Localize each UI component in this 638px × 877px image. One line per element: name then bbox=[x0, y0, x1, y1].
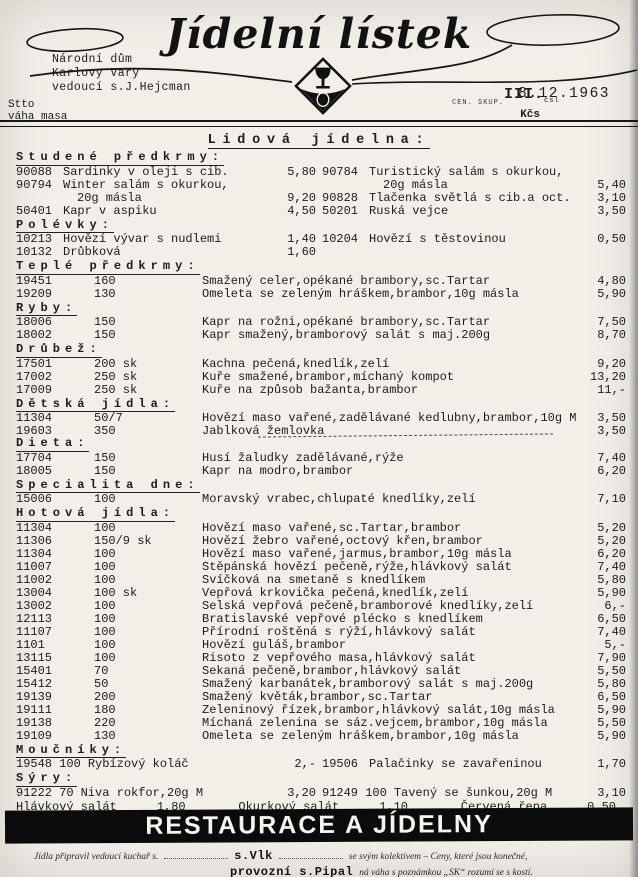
item-description: Bratislavské vepřové plécko s knedlíkem bbox=[194, 613, 578, 626]
item-line: Drůbková bbox=[63, 246, 121, 259]
item-code: 19209 bbox=[16, 288, 94, 301]
item-price: 5,40 bbox=[591, 179, 626, 192]
item-code: 10132 bbox=[16, 246, 56, 259]
item-text: Palačinky se zavařeninou bbox=[369, 758, 542, 771]
item-code: 18005 bbox=[16, 465, 94, 478]
venue-block: Národní dům Karlovy Vary vedoucí s.J.Hej… bbox=[52, 53, 191, 95]
item-weight: 100 bbox=[94, 652, 194, 665]
item-weight: 100 bbox=[94, 561, 194, 574]
item-description: Kuře smažené,brambor,míchaný kompot bbox=[194, 371, 578, 384]
item-line: Rybízový koláč bbox=[88, 758, 189, 771]
item-price: 9,20 bbox=[281, 192, 316, 205]
menu-row: 1541250Smažený karbanátek,bramborový sal… bbox=[16, 678, 626, 691]
item-description: Smažený květák,brambor,sc.Tartar bbox=[194, 691, 578, 704]
item-price: 3,50 bbox=[591, 205, 626, 218]
item-weight: 100 bbox=[94, 639, 194, 652]
item-price: 6,20 bbox=[578, 465, 626, 478]
footer: Jídla připravil vedoucí kuchař s. s.Vlk … bbox=[0, 842, 638, 877]
item-code: 17501 bbox=[16, 358, 94, 371]
item-weight: 100 bbox=[94, 574, 194, 587]
item-price: 7,10 bbox=[578, 493, 626, 506]
item-weight: 130 bbox=[94, 288, 194, 301]
item-weight: 250 sk bbox=[94, 384, 194, 397]
menu-row: 13115100Risoto z vepřového masa,hlávkový… bbox=[16, 652, 626, 665]
venue-line-1: Národní dům bbox=[52, 53, 191, 67]
menu-row: 13004100 skVepřová krkovička pečená,kned… bbox=[16, 587, 626, 600]
item-weight: 160 bbox=[94, 275, 194, 288]
menu-row: 11304100Hovězí maso vařené,jarmus,brambo… bbox=[16, 548, 626, 561]
item-weight: 250 sk bbox=[94, 371, 194, 384]
item-line: Sardinky v oleji s cib. bbox=[63, 166, 229, 179]
footer-collective-note: se svým kolektivem – Ceny, které jsou ko… bbox=[349, 852, 528, 862]
item-price: 4,80 bbox=[578, 275, 626, 288]
item-weight: 100 bbox=[94, 613, 194, 626]
section-columns: 10213Hovězí vývar s nudlemi1,4010132Drůb… bbox=[16, 233, 626, 259]
item-code: 13004 bbox=[16, 587, 94, 600]
item-code: 90794 bbox=[16, 179, 56, 205]
item-description: Kapr smažený,bramborový salát s maj.200g bbox=[194, 329, 578, 342]
item-code: 90784 bbox=[322, 166, 362, 192]
menu-row: 19139200Smažený květák,brambor,sc.Tartar… bbox=[16, 691, 626, 704]
menu-item: 90088Sardinky v oleji s cib.5,80 bbox=[16, 166, 316, 179]
item-price: 7,40 bbox=[578, 452, 626, 465]
item-price: 3,10 bbox=[591, 192, 626, 205]
item-text: Tlačenka světlá s cib.a oct. bbox=[369, 192, 571, 205]
item-code: 50201 bbox=[322, 205, 362, 218]
item-description: Přírodní roštěná s rýží,hlávkový salát bbox=[194, 626, 578, 639]
item-description: Hovězí maso vařené,sc.Tartar,brambor bbox=[194, 522, 578, 535]
section-heading: Moučníky: bbox=[16, 744, 126, 759]
footer-line-2: provozní s.Pipal ná váha s poznámkou „SK… bbox=[34, 865, 622, 877]
item-line: 20g másla bbox=[369, 179, 563, 192]
item-price: 7,40 bbox=[578, 626, 626, 639]
item-code: 18002 bbox=[16, 329, 94, 342]
item-line: Turistický salám s okurkou, bbox=[369, 166, 563, 179]
item-price: 9,20 bbox=[578, 358, 626, 371]
menu-column-right: 91249 100Tavený se šunkou,20g M3,10 bbox=[322, 787, 626, 800]
item-line: Hovězí s těstovinou bbox=[369, 233, 506, 246]
item-description: Hovězí žebro vařené,octový křen,brambor bbox=[194, 535, 578, 548]
menu-row: 18005150Kapr na modro,brambor6,20 bbox=[16, 465, 626, 478]
item-price: 5,90 bbox=[578, 587, 626, 600]
menu-item: 91222 70Niva rokfor,20g M3,20 bbox=[16, 787, 316, 800]
item-text: Winter salám s okurkou,20g másla bbox=[63, 179, 229, 205]
menu-item: 91249 100Tavený se šunkou,20g M3,10 bbox=[322, 787, 626, 800]
item-price: 7,90 bbox=[578, 652, 626, 665]
page-title: Jídelní lístek bbox=[0, 0, 638, 58]
menu-row: 11002100Svíčková na smetaně s knedlíkem5… bbox=[16, 574, 626, 587]
item-description: Sekaná pečeně,brambor,hlávkový salát bbox=[194, 665, 578, 678]
item-code: 91249 100 bbox=[322, 787, 387, 800]
menu-row: 1540170Sekaná pečeně,brambor,hlávkový sa… bbox=[16, 665, 626, 678]
section-heading: Teplé předkrmy: bbox=[16, 260, 200, 275]
item-text: Drůbková bbox=[63, 246, 121, 259]
item-code: 15006 bbox=[16, 493, 94, 506]
item-weight: 150 bbox=[94, 329, 194, 342]
item-code: 11107 bbox=[16, 626, 94, 639]
item-description: Zeleninový řízek,brambor,hlávkový salát,… bbox=[194, 704, 578, 717]
menu-column-right: 19506Palačinky se zavařeninou1,70 bbox=[322, 758, 626, 771]
item-code: 1101 bbox=[16, 639, 94, 652]
item-weight: 50 bbox=[94, 678, 194, 691]
footer-chef-label: Jídla připravil vedoucí kuchař s. bbox=[34, 852, 158, 862]
goblet-logo-icon bbox=[294, 57, 352, 115]
item-description: Kachna pečená,knedlík,zelí bbox=[194, 358, 578, 371]
item-code: 15412 bbox=[16, 678, 94, 691]
menu-item: 50201Ruská vejce3,50 bbox=[322, 205, 626, 218]
item-description: Svíčková na smetaně s knedlíkem bbox=[194, 574, 578, 587]
item-weight: 100 bbox=[94, 626, 194, 639]
section-heading: Sýry: bbox=[16, 772, 77, 787]
item-code: 15401 bbox=[16, 665, 94, 678]
footer-line-1: Jídla připravil vedoucí kuchař s. s.Vlk … bbox=[34, 849, 622, 863]
item-text: Ruská vejce bbox=[369, 205, 448, 218]
item-weight: 150 bbox=[94, 465, 194, 478]
item-description: Selská vepřová pečeně,bramborové knedlík… bbox=[194, 600, 578, 613]
footer-manager-name: provozní s.Pipal bbox=[230, 865, 353, 877]
section-heading: Drůbež: bbox=[16, 343, 102, 358]
venue-line-3: vedoucí s.J.Hejcman bbox=[52, 81, 191, 95]
section-heading: Hotová jídla: bbox=[16, 507, 175, 522]
menu-sections: Studené předkrmy:90088Sardinky v oleji s… bbox=[0, 151, 638, 800]
item-weight: 350 bbox=[94, 425, 194, 438]
menu-item: 10132Drůbková1,60 bbox=[16, 246, 316, 259]
weight-note-1: Stto bbox=[8, 99, 34, 111]
menu-row: 13002100Selská vepřová pečeně,bramborové… bbox=[16, 600, 626, 613]
item-code: 50401 bbox=[16, 205, 56, 218]
item-price: 5,80 bbox=[578, 678, 626, 691]
item-price: 6,- bbox=[578, 600, 626, 613]
item-description: Kapr na modro,brambor bbox=[194, 465, 578, 478]
item-description: Hovězí maso vařené,jarmus,brambor,10g má… bbox=[194, 548, 578, 561]
menu-row: 11304100Hovězí maso vařené,sc.Tartar,bra… bbox=[16, 522, 626, 535]
item-weight: 70 bbox=[94, 665, 194, 678]
item-price: 6,50 bbox=[578, 613, 626, 626]
dotted-rule bbox=[164, 850, 228, 859]
item-price: 5,50 bbox=[578, 717, 626, 730]
item-price: 13,20 bbox=[578, 371, 626, 384]
item-description: Omeleta se zeleným hráškem,brambor,10g m… bbox=[194, 288, 578, 301]
item-price: 8,70 bbox=[578, 329, 626, 342]
venue-line-2: Karlovy Vary bbox=[52, 67, 191, 81]
item-code: 17704 bbox=[16, 452, 94, 465]
item-price: 5,90 bbox=[578, 730, 626, 743]
item-description: Kuře na způsob bažanta,brambor bbox=[194, 384, 578, 397]
section-columns: 19548 100Rybízový koláč2,-19506Palačinky… bbox=[16, 758, 626, 771]
item-code: 19451 bbox=[16, 275, 94, 288]
item-price: 3,20 bbox=[281, 787, 316, 800]
item-text: Kapr v aspiku bbox=[63, 205, 157, 218]
item-description: Husí žaludky zadělávané,rýže bbox=[194, 452, 578, 465]
item-code: 17002 bbox=[16, 371, 94, 384]
weight-note-2: váha masa bbox=[8, 111, 67, 123]
section-heading: Polévky: bbox=[16, 219, 114, 234]
menu-column-right: 10204Hovězí s těstovinou0,50 bbox=[322, 233, 626, 259]
item-description: Hovězí guláš,brambor bbox=[194, 639, 578, 652]
item-weight: 150/9 sk bbox=[94, 535, 194, 548]
item-weight: 100 bbox=[94, 493, 194, 506]
item-code: 19506 bbox=[322, 758, 362, 771]
item-description: Hovězí maso vařené,zadělávané kedlubny,b… bbox=[194, 412, 578, 425]
item-price: 7,40 bbox=[578, 561, 626, 574]
menu-column-left: 90088Sardinky v oleji s cib.5,8090794Win… bbox=[16, 166, 316, 218]
item-line: Tlačenka světlá s cib.a oct. bbox=[369, 192, 571, 205]
item-description: Smažený celer,opékané brambory,sc.Tartar bbox=[194, 275, 578, 288]
item-code: 11304 bbox=[16, 522, 94, 535]
item-line: Tavený se šunkou,20g M bbox=[394, 787, 552, 800]
menu-item: 90794Winter salám s okurkou,20g másla9,2… bbox=[16, 179, 316, 205]
menu-column-right: 90784Turistický salám s okurkou,20g másl… bbox=[322, 166, 626, 218]
menu-row: 19111180Zeleninový řízek,brambor,hlávkov… bbox=[16, 704, 626, 717]
menu-row: 19209130Omeleta se zeleným hráškem,bramb… bbox=[16, 288, 626, 301]
item-text: Niva rokfor,20g M bbox=[81, 787, 203, 800]
menu-column-left: 19548 100Rybízový koláč2,- bbox=[16, 758, 316, 771]
header-rule bbox=[0, 120, 638, 127]
item-line: Kapr v aspiku bbox=[63, 205, 157, 218]
item-text: Tavený se šunkou,20g M bbox=[394, 787, 552, 800]
item-price: 3,10 bbox=[591, 787, 626, 800]
item-description: Omeleta se zeleným hráškem,brambor,10g m… bbox=[194, 730, 578, 743]
item-code: 11002 bbox=[16, 574, 94, 587]
item-description: Risoto z vepřového masa,hlávkový salát bbox=[194, 652, 578, 665]
item-code: 19548 100 bbox=[16, 758, 81, 771]
menu-item: 10204Hovězí s těstovinou0,50 bbox=[322, 233, 626, 246]
item-weight: 130 bbox=[94, 730, 194, 743]
menu-item: 50401Kapr v aspiku4,50 bbox=[16, 205, 316, 218]
item-price: 0,50 bbox=[591, 233, 626, 246]
item-price: 6,50 bbox=[578, 691, 626, 704]
item-line: Palačinky se zavařeninou bbox=[369, 758, 542, 771]
section-heading: Dětská jídla: bbox=[16, 398, 175, 413]
item-code: 11304 bbox=[16, 548, 94, 561]
menu-row: 11107100Přírodní roštěná s rýží,hlávkový… bbox=[16, 626, 626, 639]
menu-column-left: 91222 70Niva rokfor,20g M3,20 bbox=[16, 787, 316, 800]
item-code: 19111 bbox=[16, 704, 94, 717]
section-heading: Specialita dne: bbox=[16, 479, 200, 494]
menu-row: 19451160Smažený celer,opékané brambory,s… bbox=[16, 275, 626, 288]
item-code: 90828 bbox=[322, 192, 362, 205]
menu-row: 17501200 skKachna pečená,knedlík,zelí9,2… bbox=[16, 358, 626, 371]
section-heading: Dieta: bbox=[16, 437, 89, 452]
menu-page: Jídelní lístek Národní dům Karlovy Vary … bbox=[0, 0, 638, 877]
item-weight: 100 bbox=[94, 522, 194, 535]
item-code: 13002 bbox=[16, 600, 94, 613]
restaurace-banner: RESTAURACE A JÍDELNY bbox=[5, 807, 633, 843]
item-price: 5,50 bbox=[578, 665, 626, 678]
item-price: 3,50 bbox=[578, 425, 626, 438]
item-code: 13115 bbox=[16, 652, 94, 665]
item-text: Sardinky v oleji s cib. bbox=[63, 166, 229, 179]
item-price: 5,80 bbox=[281, 166, 316, 179]
item-description: Vepřová krkovička pečená,knedlík,zelí bbox=[194, 587, 578, 600]
menu-row: 19138220Míchaná zelenina se sáz.vejcem,b… bbox=[16, 717, 626, 730]
menu-column-left: 10213Hovězí vývar s nudlemi1,4010132Drůb… bbox=[16, 233, 316, 259]
item-text: Hovězí s těstovinou bbox=[369, 233, 506, 246]
item-weight: 100 sk bbox=[94, 587, 194, 600]
item-code: 91222 70 bbox=[16, 787, 74, 800]
footer-weight-note: ná váha s poznámkou „SK“ rozumí se s kos… bbox=[359, 868, 533, 877]
footer-chef-name: s.Vlk bbox=[234, 849, 273, 863]
item-weight: 100 bbox=[94, 600, 194, 613]
item-weight: 100 bbox=[94, 548, 194, 561]
item-code: 19109 bbox=[16, 730, 94, 743]
currency-label: Kčs bbox=[520, 109, 540, 121]
dotted-rule bbox=[279, 850, 343, 859]
menu-row: 11007100Štěpánská hovězí pečeně,rýže,hlá… bbox=[16, 561, 626, 574]
menu-row: 15006100Moravský vrabec,chlupaté knedlík… bbox=[16, 493, 626, 506]
item-price: 6,20 bbox=[578, 548, 626, 561]
item-code: 11007 bbox=[16, 561, 94, 574]
menu-row: 12113100Bratislavské vepřové plécko s kn… bbox=[16, 613, 626, 626]
menu-item: 19548 100Rybízový koláč2,- bbox=[16, 758, 316, 771]
item-line: 20g másla bbox=[63, 192, 229, 205]
item-code: 19139 bbox=[16, 691, 94, 704]
item-line: Winter salám s okurkou, bbox=[63, 179, 229, 192]
letterhead: Jídelní lístek Národní dům Karlovy Vary … bbox=[0, 0, 638, 130]
item-description: Smažený karbanátek,bramborový salát s ma… bbox=[194, 678, 578, 691]
item-price: 11,- bbox=[578, 384, 626, 397]
item-code: 11306 bbox=[16, 535, 94, 548]
item-weight: 180 bbox=[94, 704, 194, 717]
menu-item: 10213Hovězí vývar s nudlemi1,40 bbox=[16, 233, 316, 246]
item-price: 1,70 bbox=[591, 758, 626, 771]
item-price: 5,- bbox=[578, 639, 626, 652]
menu-row: 17002250 skKuře smažené,brambor,míchaný … bbox=[16, 371, 626, 384]
item-code: 10204 bbox=[322, 233, 362, 246]
item-price: 2,- bbox=[288, 758, 316, 771]
item-price: 5,80 bbox=[578, 574, 626, 587]
item-code: 90088 bbox=[16, 166, 56, 179]
main-heading-text: Lidová jídelna: bbox=[208, 133, 431, 149]
item-price: 5,20 bbox=[578, 535, 626, 548]
menu-row: 19109130Omeleta se zeleným hráškem,bramb… bbox=[16, 730, 626, 743]
menu-row: 18002150Kapr smažený,bramborový salát s … bbox=[16, 329, 626, 342]
item-price: 5,90 bbox=[578, 288, 626, 301]
item-description: Moravský vrabec,chlupaté knedlíky,zelí bbox=[194, 493, 578, 506]
menu-row: 1101100Hovězí guláš,brambor5,- bbox=[16, 639, 626, 652]
main-heading: Lidová jídelna: bbox=[0, 133, 638, 149]
section-columns: 90088Sardinky v oleji s cib.5,8090794Win… bbox=[16, 166, 626, 218]
menu-row: 11306150/9 skHovězí žebro vařené,octový … bbox=[16, 535, 626, 548]
item-line: Ruská vejce bbox=[369, 205, 448, 218]
item-description: Míchaná zelenina se sáz.vejcem,brambor,1… bbox=[194, 717, 578, 730]
item-line: Niva rokfor,20g M bbox=[81, 787, 203, 800]
section-columns: 91222 70Niva rokfor,20g M3,2091249 100Ta… bbox=[16, 787, 626, 800]
item-code: 17009 bbox=[16, 384, 94, 397]
menu-row: 17009250 skKuře na způsob bažanta,brambo… bbox=[16, 384, 626, 397]
item-text: Turistický salám s okurkou,20g másla bbox=[369, 166, 563, 192]
item-price: 5,90 bbox=[578, 704, 626, 717]
price-category-label: CEN. SKUP. bbox=[452, 99, 504, 107]
item-price: 4,50 bbox=[281, 205, 316, 218]
section-heading: Ryby: bbox=[16, 302, 77, 317]
item-code: 19138 bbox=[16, 717, 94, 730]
menu-item: 90784Turistický salám s okurkou,20g másl… bbox=[322, 166, 626, 192]
item-weight: 200 bbox=[94, 691, 194, 704]
menu-date: 8.12.1963 bbox=[518, 86, 610, 102]
item-description: Štěpánská hovězí pečeně,rýže,hlávkový sa… bbox=[194, 561, 578, 574]
menu-item: 90828Tlačenka světlá s cib.a oct.3,10 bbox=[322, 192, 626, 205]
item-weight: 220 bbox=[94, 717, 194, 730]
menu-row: 17704150Husí žaludky zadělávané,rýže7,40 bbox=[16, 452, 626, 465]
section-heading: Studené předkrmy: bbox=[16, 151, 224, 166]
item-code: 12113 bbox=[16, 613, 94, 626]
menu-item: 19506Palačinky se zavařeninou1,70 bbox=[322, 758, 626, 771]
item-weight: 150 bbox=[94, 452, 194, 465]
item-price: 1,60 bbox=[281, 246, 316, 259]
item-description: Kapr na rožni,opékané brambory,sc.Tartar bbox=[194, 316, 578, 329]
item-weight: 200 sk bbox=[94, 358, 194, 371]
item-text: Rybízový koláč bbox=[88, 758, 189, 771]
item-price: 5,20 bbox=[578, 522, 626, 535]
